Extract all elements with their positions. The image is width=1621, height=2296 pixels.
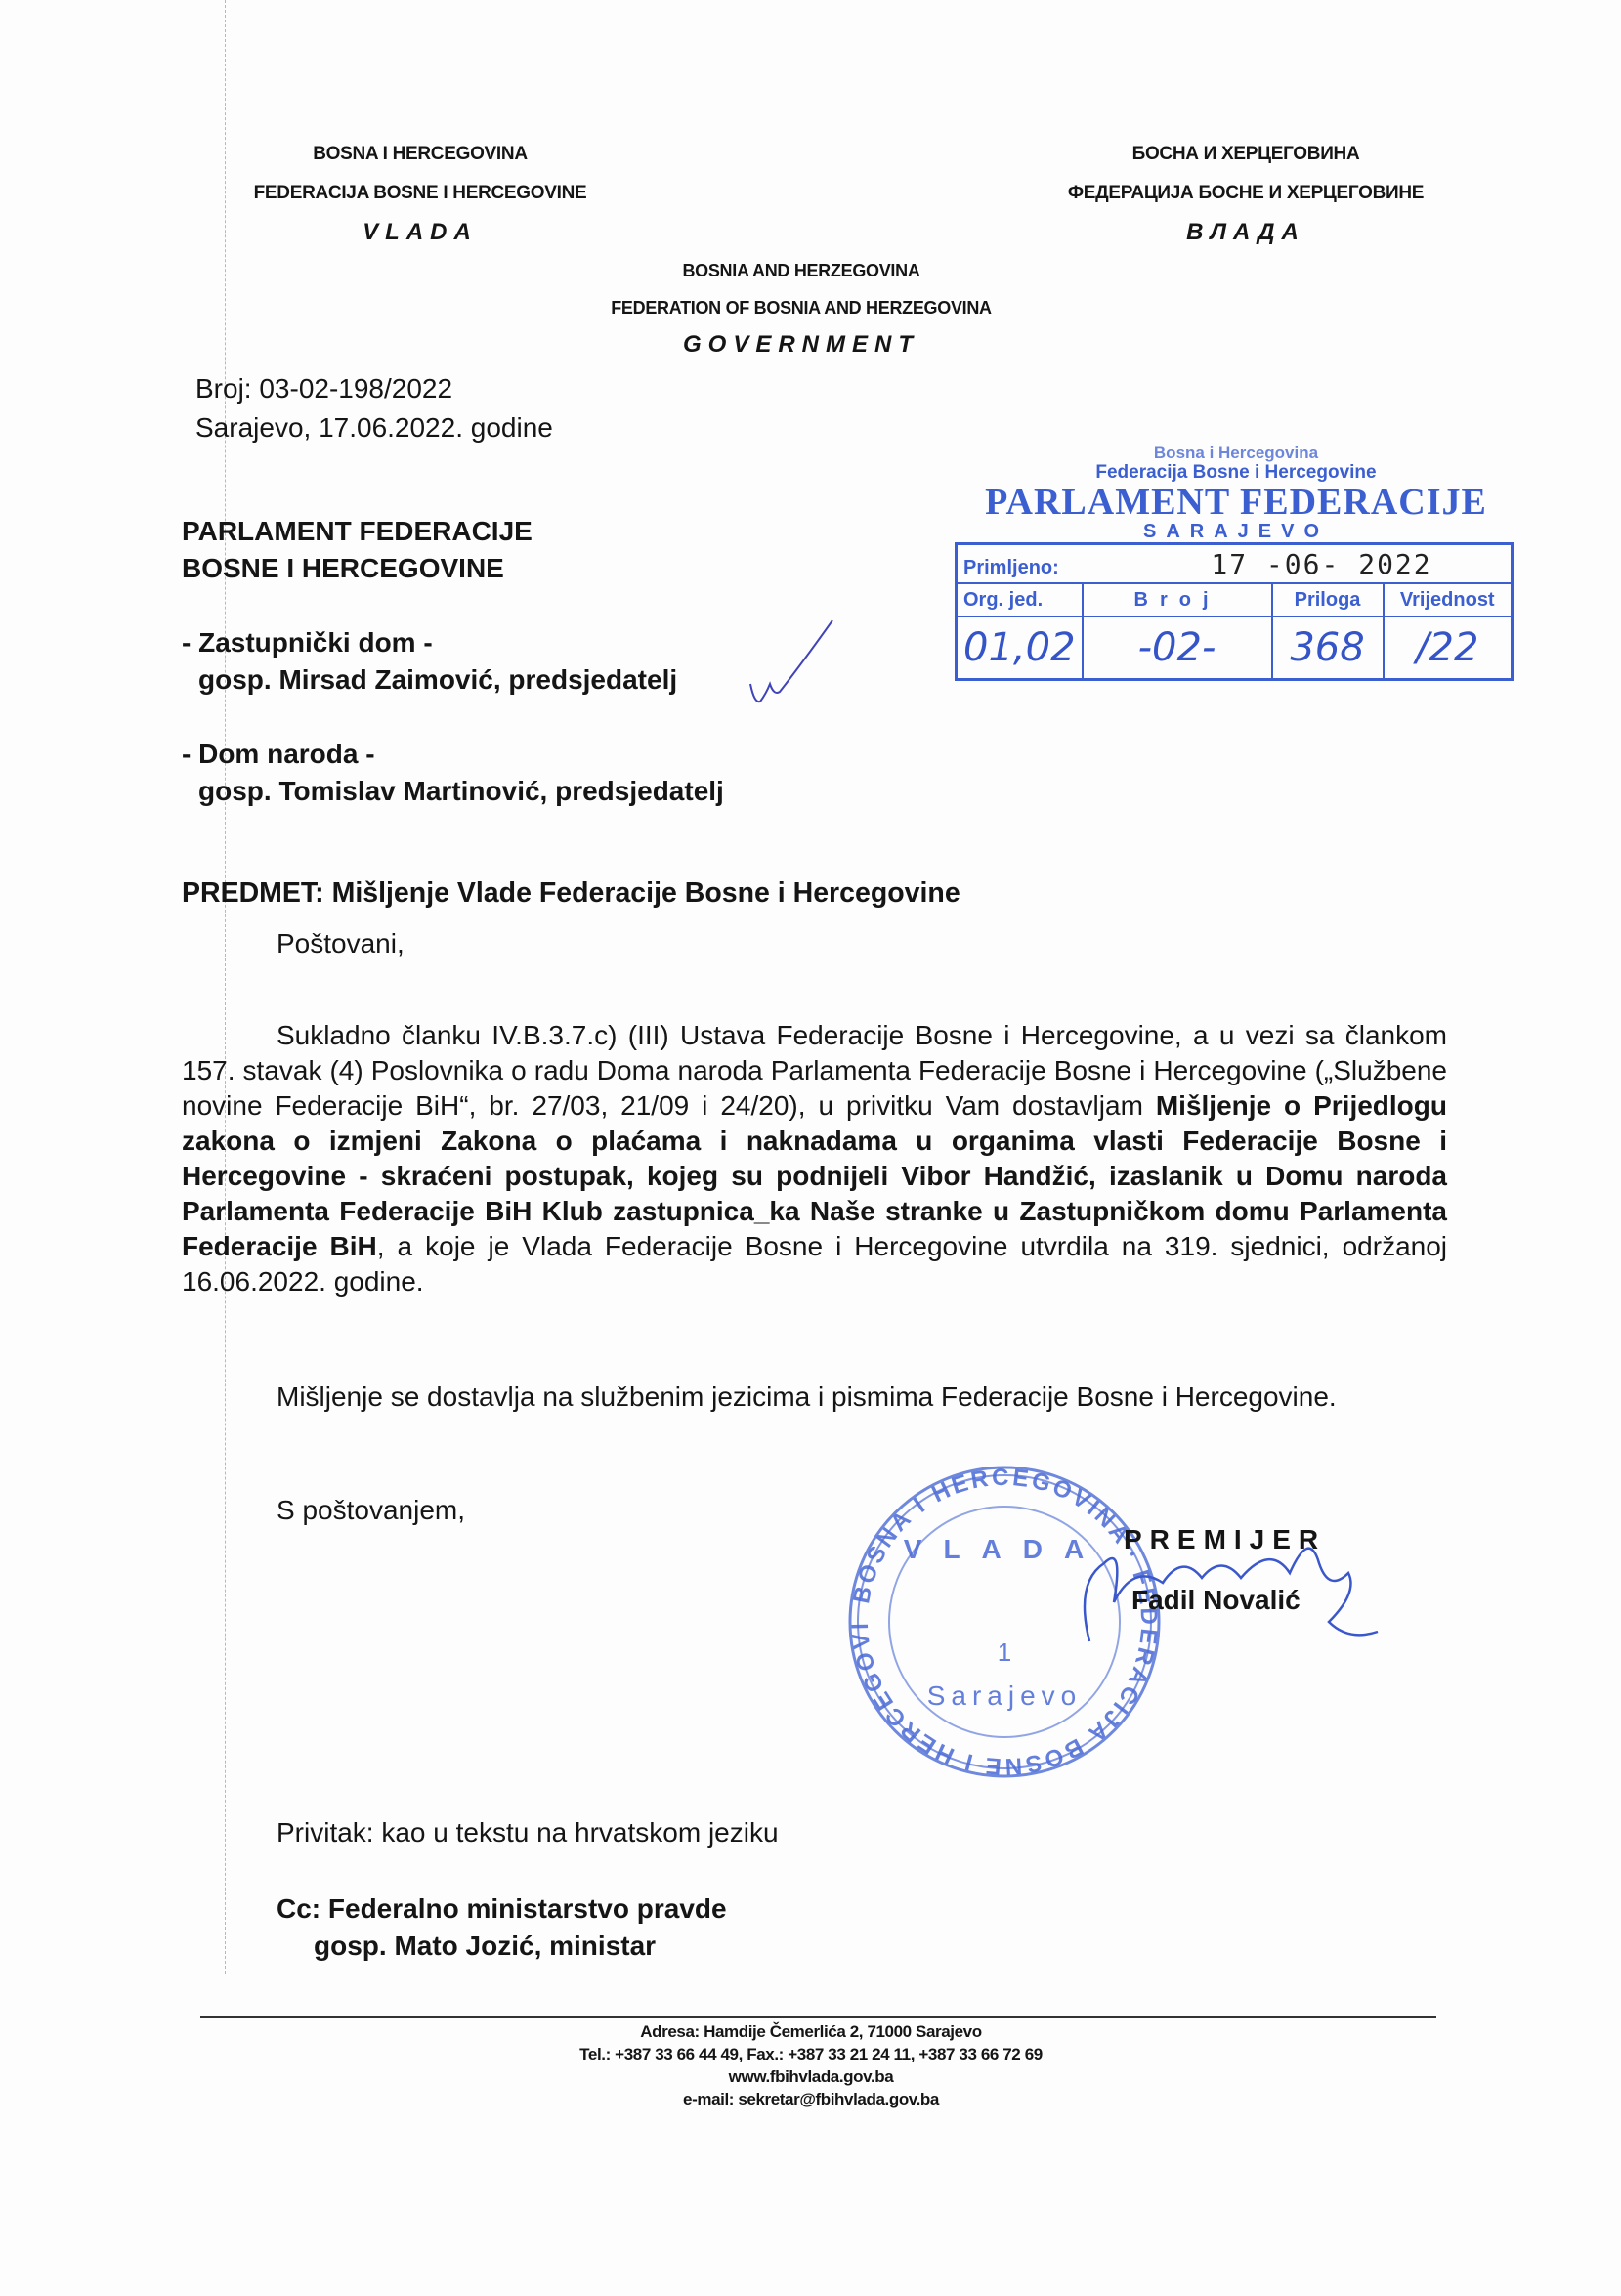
recipient-block: PARLAMENT FEDERACIJE BOSNE I HERCEGOVINE…	[182, 513, 724, 810]
stamp-val-org: 01,02	[957, 617, 1083, 680]
recipient-line1: PARLAMENT FEDERACIJE	[182, 513, 724, 550]
footer-phone: Tel.: +387 33 66 44 49, Fax.: +387 33 21…	[391, 2043, 1231, 2065]
stamp-val-value: /22	[1384, 617, 1513, 680]
svg-text:1: 1	[998, 1637, 1011, 1667]
reference-place-date: Sarajevo, 17.06.2022. godine	[195, 408, 553, 447]
recipient-house2-person: gosp. Tomislav Martinović, predsjedatelj	[182, 773, 724, 810]
footer-address: Adresa: Hamdije Čemerlića 2, 71000 Saraj…	[391, 2020, 1231, 2043]
stamp-val-number: -02-	[1083, 617, 1272, 680]
cc-block: Cc: Federalno ministarstvo pravde gosp. …	[277, 1891, 727, 1965]
reference-number: Broj: 03-02-198/2022	[195, 369, 553, 408]
letterhead-english: BOSNIA AND HERZEGOVINA FEDERATION OF BOS…	[557, 252, 1045, 363]
footer-website[interactable]: www.fbihvlada.gov.ba	[391, 2065, 1231, 2088]
letterhead-cyrillic-country: БОСНА И ХЕРЦЕГОВИНА	[1002, 135, 1490, 174]
body-p2-text: Mišljenje se dostavlja na službenim jezi…	[277, 1382, 1337, 1412]
letterhead-latin-country: BOSNA I HERCEGOVINA	[176, 135, 664, 174]
stamp-col-value: Vrijednost	[1384, 583, 1513, 617]
receipt-stamp: Bosna i Hercegovina Federacija Bosne i H…	[953, 445, 1519, 681]
recipient-house2-title: - Dom naroda -	[182, 736, 724, 773]
recipient-house1-person: gosp. Mirsad Zaimović, predsjedatelj	[182, 661, 724, 699]
stamp-federation: Federacija Bosne i Hercegovine	[953, 462, 1519, 484]
cc-line1: Cc: Federalno ministarstvo pravde	[277, 1891, 727, 1928]
footer: Adresa: Hamdije Čemerlića 2, 71000 Saraj…	[391, 2020, 1231, 2110]
stamp-received-row: Primljeno: 17 -06- 2022	[957, 544, 1513, 584]
stamp-received-label: Primljeno:	[963, 557, 1059, 578]
stamp-table: Primljeno: 17 -06- 2022 Org. jed. Broj P…	[955, 542, 1514, 681]
reference-block: Broj: 03-02-198/2022 Sarajevo, 17.06.202…	[195, 369, 553, 447]
footer-divider	[200, 2016, 1436, 2018]
letterhead-cyrillic: БОСНА И ХЕРЦЕГОВИНА ФЕДЕРАЦИЈА БОСНЕ И Х…	[1002, 135, 1490, 252]
subject-line: PREDMET: Mišljenje Vlade Federacije Bosn…	[182, 877, 960, 910]
page-fold-line	[225, 0, 226, 1974]
stamp-received-date: 17 -06- 2022	[1211, 548, 1431, 580]
signatory-title: PREMIJER	[1124, 1524, 1326, 1555]
footer-email[interactable]: e-mail: sekretar@fbihvlada.gov.ba	[391, 2088, 1231, 2110]
stamp-val-attachments: 368	[1272, 617, 1384, 680]
letterhead-latin-federation: FEDERACIJA BOSNE I HERCEGOVINE	[176, 174, 664, 213]
stamp-col-number: Broj	[1083, 583, 1272, 617]
stamp-parliament: PARLAMENT FEDERACIJE	[953, 484, 1519, 521]
stamp-city: SARAJEVO	[953, 521, 1519, 542]
letterhead-cyrillic-government: ВЛАДА	[1002, 213, 1490, 252]
letterhead-english-federation: FEDERATION OF BOSNIA AND HERZEGOVINA	[557, 289, 1045, 326]
letterhead-cyrillic-federation: ФЕДЕРАЦИЈА БОСНЕ И ХЕРЦЕГОВИНЕ	[1002, 174, 1490, 213]
recipient-line2: BOSNE I HERCEGOVINE	[182, 550, 724, 587]
handwritten-check-icon	[743, 616, 840, 713]
svg-text:Sarajevo: Sarajevo	[927, 1680, 1083, 1711]
signature-block: PREMIJER Fadil Novalić	[1124, 1524, 1326, 1616]
closing: S poštovanjem,	[277, 1495, 465, 1526]
body-paragraph-2: Mišljenje se dostavlja na službenim jezi…	[182, 1380, 1447, 1415]
stamp-col-attachments: Priloga	[1272, 583, 1384, 617]
cc-line2: gosp. Mato Jozić, ministar	[277, 1928, 727, 1965]
greeting: Poštovani,	[277, 928, 405, 959]
attachment-note: Privitak: kao u tekstu na hrvatskom jezi…	[277, 1817, 779, 1849]
signatory-name: Fadil Novalić	[1124, 1585, 1326, 1616]
letterhead-latin-government: VLADA	[176, 213, 664, 252]
letterhead-latin: BOSNA I HERCEGOVINA FEDERACIJA BOSNE I H…	[176, 135, 664, 252]
recipient-house1-title: - Zastupnički dom -	[182, 624, 724, 661]
letterhead-english-government: GOVERNMENT	[557, 326, 1045, 363]
stamp-col-org: Org. jed.	[957, 583, 1083, 617]
stamp-country: Bosna i Hercegovina	[953, 445, 1519, 462]
body-paragraph-1: Sukladno članku IV.B.3.7.c) (III) Ustava…	[182, 1018, 1447, 1299]
letterhead-english-country: BOSNIA AND HERZEGOVINA	[557, 252, 1045, 289]
